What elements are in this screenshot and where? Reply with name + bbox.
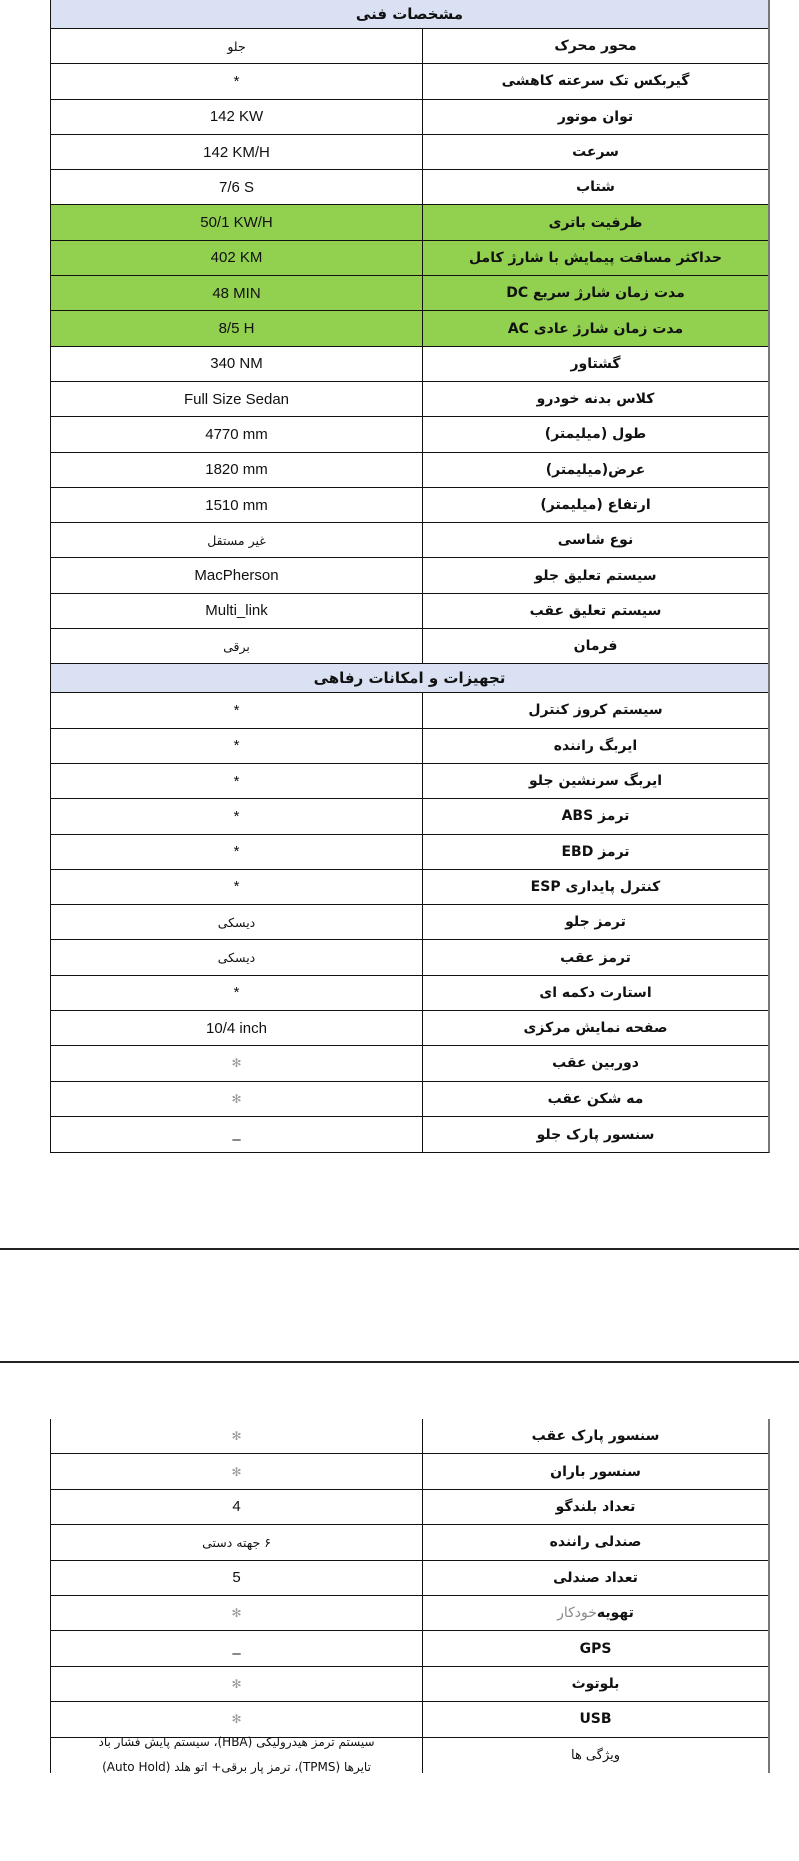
table-row: 340 NMگشتاور bbox=[51, 347, 768, 382]
row-label: ظرفیت باتری bbox=[423, 205, 768, 239]
row-label: سرعت bbox=[423, 135, 768, 169]
row-value: Multi_link bbox=[51, 594, 423, 628]
row-label-text: صفحه نمایش مرکزی bbox=[524, 1020, 668, 1036]
features-value: سیستم ترمز هیدرولیکی (HBA)، سیستم پایش ف… bbox=[51, 1738, 423, 1773]
table-row: جلومحور محرک bbox=[51, 29, 768, 64]
row-label: سنسور باران bbox=[423, 1454, 768, 1488]
row-value: 340 NM bbox=[51, 347, 423, 381]
features-line-1: سیستم ترمز هیدرولیکی (HBA)، سیستم پایش ف… bbox=[99, 1730, 375, 1755]
row-value: 402 KM bbox=[51, 241, 423, 275]
row-value: ۶ جهته دستی bbox=[51, 1525, 423, 1559]
table-row: ✻بلوتوث bbox=[51, 1667, 768, 1702]
section-header-equipment: تجهیزات و امکانات رفاهی bbox=[51, 664, 768, 693]
table-row: 142 KM/Hسرعت bbox=[51, 135, 768, 170]
row-label-text: ایربگ سرنشین جلو bbox=[529, 773, 662, 789]
row-value: 50/1 KW/H bbox=[51, 205, 423, 239]
row-value: 1820 mm bbox=[51, 453, 423, 487]
row-label: تعداد صندلی bbox=[423, 1561, 768, 1595]
row-value: 4 bbox=[51, 1490, 423, 1524]
row-label: گیربکس تک سرعته کاهشی bbox=[423, 64, 768, 98]
row-value: 4770 mm bbox=[51, 417, 423, 451]
row-label-text: گیربکس تک سرعته کاهشی bbox=[502, 73, 690, 89]
row-label: ترمز EBD bbox=[423, 835, 768, 869]
table-row: *سیستم کروز کنترل bbox=[51, 693, 768, 728]
row-label-text: گشتاور bbox=[570, 356, 620, 372]
row-label: محور محرک bbox=[423, 29, 768, 63]
row-label-text: طول (میلیمتر) bbox=[545, 426, 646, 442]
row-label: صفحه نمایش مرکزی bbox=[423, 1011, 768, 1045]
table-row-features: سیستم ترمز هیدرولیکی (HBA)، سیستم پایش ف… bbox=[51, 1738, 768, 1773]
table-row: 48 MINمدت زمان شارژ سریع DC bbox=[51, 276, 768, 311]
table-row: برقیفرمان bbox=[51, 629, 768, 664]
row-value: برقی bbox=[51, 629, 423, 663]
row-label: شتاب bbox=[423, 170, 768, 204]
row-label-text: تعداد بلندگو bbox=[556, 1499, 636, 1515]
row-value: 5 bbox=[51, 1561, 423, 1595]
row-value: ✻ bbox=[51, 1454, 423, 1488]
row-label-text: سنسور پارک جلو bbox=[537, 1127, 655, 1143]
table-row: *ایربگ سرنشین جلو bbox=[51, 764, 768, 799]
row-value: Full Size Sedan bbox=[51, 382, 423, 416]
table-row: 1510 mmارتفاع (میلیمتر) bbox=[51, 488, 768, 523]
row-label-text: ترمز عقب bbox=[560, 950, 631, 966]
row-label-text: سیستم تعلیق عقب bbox=[530, 603, 662, 619]
table-row: *ایربگ راننده bbox=[51, 729, 768, 764]
row-label: کلاس بدنه خودرو bbox=[423, 382, 768, 416]
table-row: ✻سنسور پارک عقب bbox=[51, 1419, 768, 1454]
row-value: MacPherson bbox=[51, 558, 423, 592]
row-label: گشتاور bbox=[423, 347, 768, 381]
table-row: Full Size Sedanکلاس بدنه خودرو bbox=[51, 382, 768, 417]
row-label-text: سنسور باران bbox=[550, 1464, 641, 1480]
row-value: 142 KM/H bbox=[51, 135, 423, 169]
row-label-text: محور محرک bbox=[554, 38, 636, 54]
row-label: کنترل پایداری ESP bbox=[423, 870, 768, 904]
row-label: سیستم کروز کنترل bbox=[423, 693, 768, 727]
row-label: صندلی راننده bbox=[423, 1525, 768, 1559]
table-row: 50/1 KW/Hظرفیت باتری bbox=[51, 205, 768, 240]
page-divider bbox=[0, 1361, 799, 1363]
row-label-text: ترمز ABS bbox=[562, 808, 630, 824]
table-row: ✻سنسور باران bbox=[51, 1454, 768, 1489]
table-row: –سنسور پارک جلو bbox=[51, 1117, 768, 1152]
table-row: Multi_linkسیستم تعلیق عقب bbox=[51, 594, 768, 629]
section-title: مشخصات فنی bbox=[356, 5, 463, 23]
table-row: 4تعداد بلندگو bbox=[51, 1490, 768, 1525]
features-label: ویژگی ها bbox=[423, 1738, 768, 1773]
row-label-text: سیستم کروز کنترل bbox=[528, 702, 662, 718]
table-row: 4770 mmطول (میلیمتر) bbox=[51, 417, 768, 452]
row-value: غیر مستقل bbox=[51, 523, 423, 557]
row-label: ارتفاع (میلیمتر) bbox=[423, 488, 768, 522]
row-label: ترمز عقب bbox=[423, 940, 768, 974]
table-row: 402 KMحداکثر مسافت پیمایش با شارژ کامل bbox=[51, 241, 768, 276]
row-label: GPS bbox=[423, 1631, 768, 1665]
row-label-text: فرمان bbox=[574, 638, 618, 654]
row-value: * bbox=[51, 729, 423, 763]
row-label-text: ظرفیت باتری bbox=[549, 215, 643, 231]
row-value: 48 MIN bbox=[51, 276, 423, 310]
table-row: ✻تهویه خودکار bbox=[51, 1596, 768, 1631]
table-row: ✻دوربین عقب bbox=[51, 1046, 768, 1081]
row-label: تهویه خودکار bbox=[423, 1596, 768, 1630]
row-label-text: بلوتوث bbox=[572, 1676, 620, 1692]
row-label: بلوتوث bbox=[423, 1667, 768, 1701]
row-value: 142 KW bbox=[51, 100, 423, 134]
row-value: دیسکی bbox=[51, 940, 423, 974]
table-row: MacPhersonسیستم تعلیق جلو bbox=[51, 558, 768, 593]
row-value: * bbox=[51, 976, 423, 1010]
table-row: دیسکیترمز جلو bbox=[51, 905, 768, 940]
table-row: 142 KWتوان موتور bbox=[51, 100, 768, 135]
row-label-text: ارتفاع (میلیمتر) bbox=[540, 497, 650, 513]
row-value: جلو bbox=[51, 29, 423, 63]
table-row: ✻مه شکن عقب bbox=[51, 1082, 768, 1117]
row-label-text: شتاب bbox=[576, 179, 615, 195]
row-label: USB bbox=[423, 1702, 768, 1736]
row-label-text: USB bbox=[579, 1711, 611, 1727]
row-label-text: مدت زمان شارژ سریع DC bbox=[506, 285, 685, 301]
row-value: ✻ bbox=[51, 1419, 423, 1453]
table-row: –GPS bbox=[51, 1631, 768, 1666]
row-value: ✻ bbox=[51, 1596, 423, 1630]
row-value: * bbox=[51, 870, 423, 904]
row-value: * bbox=[51, 764, 423, 798]
table-row: 1820 mmعرض(میلیمتر) bbox=[51, 453, 768, 488]
table-row: 8/5 Hمدت زمان شارژ عادی AC bbox=[51, 311, 768, 346]
table-row: 10/4 inchصفحه نمایش مرکزی bbox=[51, 1011, 768, 1046]
row-label: مدت زمان شارژ عادی AC bbox=[423, 311, 768, 345]
row-label-text: مدت زمان شارژ عادی AC bbox=[508, 321, 683, 337]
table-row: *کنترل پایداری ESP bbox=[51, 870, 768, 905]
row-label: مه شکن عقب bbox=[423, 1082, 768, 1116]
row-label: فرمان bbox=[423, 629, 768, 663]
row-value: – bbox=[51, 1117, 423, 1152]
row-label-muted-text: خودکار bbox=[557, 1605, 597, 1621]
row-label: نوع شاسی bbox=[423, 523, 768, 557]
row-label-text: توان موتور bbox=[558, 109, 633, 125]
table-row: *استارت دکمه ای bbox=[51, 976, 768, 1011]
row-value: * bbox=[51, 64, 423, 98]
table-row: *ترمز EBD bbox=[51, 835, 768, 870]
row-label-text: عرض(میلیمتر) bbox=[546, 462, 646, 478]
row-label-text: صندلی راننده bbox=[550, 1534, 642, 1550]
row-label-text: سرعت bbox=[572, 144, 619, 160]
row-label-text: نوع شاسی bbox=[558, 532, 633, 548]
table-row: 7/6 Sشتاب bbox=[51, 170, 768, 205]
row-value: – bbox=[51, 1631, 423, 1665]
table-row: *گیربکس تک سرعته کاهشی bbox=[51, 64, 768, 99]
row-label: مدت زمان شارژ سریع DC bbox=[423, 276, 768, 310]
row-label: سنسور پارک جلو bbox=[423, 1117, 768, 1152]
section-title: تجهیزات و امکانات رفاهی bbox=[314, 669, 506, 687]
specs-table: مشخصات فنی جلومحور محرک*گیربکس تک سرعته … bbox=[50, 0, 770, 1153]
row-label: طول (میلیمتر) bbox=[423, 417, 768, 451]
row-value: ✻ bbox=[51, 1667, 423, 1701]
row-label: حداکثر مسافت پیمایش با شارژ کامل bbox=[423, 241, 768, 275]
row-label: توان موتور bbox=[423, 100, 768, 134]
table-row: دیسکیترمز عقب bbox=[51, 940, 768, 975]
row-label-text: تهویه bbox=[597, 1605, 634, 1621]
row-value: دیسکی bbox=[51, 905, 423, 939]
row-label: سیستم تعلیق عقب bbox=[423, 594, 768, 628]
row-value: 7/6 S bbox=[51, 170, 423, 204]
row-label: ایربگ سرنشین جلو bbox=[423, 764, 768, 798]
row-label: سنسور پارک عقب bbox=[423, 1419, 768, 1453]
row-label-text: GPS bbox=[580, 1641, 612, 1657]
row-value: * bbox=[51, 693, 423, 727]
row-label-text: کلاس بدنه خودرو bbox=[537, 391, 655, 407]
row-label-text: تعداد صندلی bbox=[553, 1570, 638, 1586]
row-label: ایربگ راننده bbox=[423, 729, 768, 763]
row-label: سیستم تعلیق جلو bbox=[423, 558, 768, 592]
row-label-text: سیستم تعلیق جلو bbox=[535, 568, 657, 584]
row-label-text: ترمز جلو bbox=[565, 914, 626, 930]
row-value: 10/4 inch bbox=[51, 1011, 423, 1045]
row-label: دوربین عقب bbox=[423, 1046, 768, 1080]
row-value: ✻ bbox=[51, 1082, 423, 1116]
section-header-technical-specs: مشخصات فنی bbox=[51, 0, 768, 29]
row-label: عرض(میلیمتر) bbox=[423, 453, 768, 487]
row-value: 8/5 H bbox=[51, 311, 423, 345]
row-label-text: ترمز EBD bbox=[561, 844, 629, 860]
row-label-text: مه شکن عقب bbox=[548, 1091, 644, 1107]
row-label-text: دوربین عقب bbox=[552, 1055, 639, 1071]
specs-table-continued: ✻سنسور پارک عقب✻سنسور باران4تعداد بلندگو… bbox=[50, 1419, 770, 1773]
table-row: *ترمز ABS bbox=[51, 799, 768, 834]
row-label-text: استارت دکمه ای bbox=[539, 985, 651, 1001]
row-label: ترمز ABS bbox=[423, 799, 768, 833]
row-value: * bbox=[51, 799, 423, 833]
row-value: * bbox=[51, 835, 423, 869]
features-line-2: تایرها (TPMS)، ترمز پار برقی+ اتو هلد (A… bbox=[99, 1755, 375, 1780]
row-label-text: ایربگ راننده bbox=[554, 738, 637, 754]
row-label-text: کنترل پایداری ESP bbox=[531, 879, 661, 895]
table-row: 5تعداد صندلی bbox=[51, 1561, 768, 1596]
row-label: ترمز جلو bbox=[423, 905, 768, 939]
row-label: استارت دکمه ای bbox=[423, 976, 768, 1010]
row-label-text: حداکثر مسافت پیمایش با شارژ کامل bbox=[469, 250, 722, 266]
page-divider bbox=[0, 1248, 799, 1250]
row-label: تعداد بلندگو bbox=[423, 1490, 768, 1524]
row-value: ✻ bbox=[51, 1046, 423, 1080]
row-label-text: سنسور پارک عقب bbox=[532, 1428, 660, 1444]
table-row: ۶ جهته دستیصندلی راننده bbox=[51, 1525, 768, 1560]
row-value: 1510 mm bbox=[51, 488, 423, 522]
table-row: غیر مستقلنوع شاسی bbox=[51, 523, 768, 558]
